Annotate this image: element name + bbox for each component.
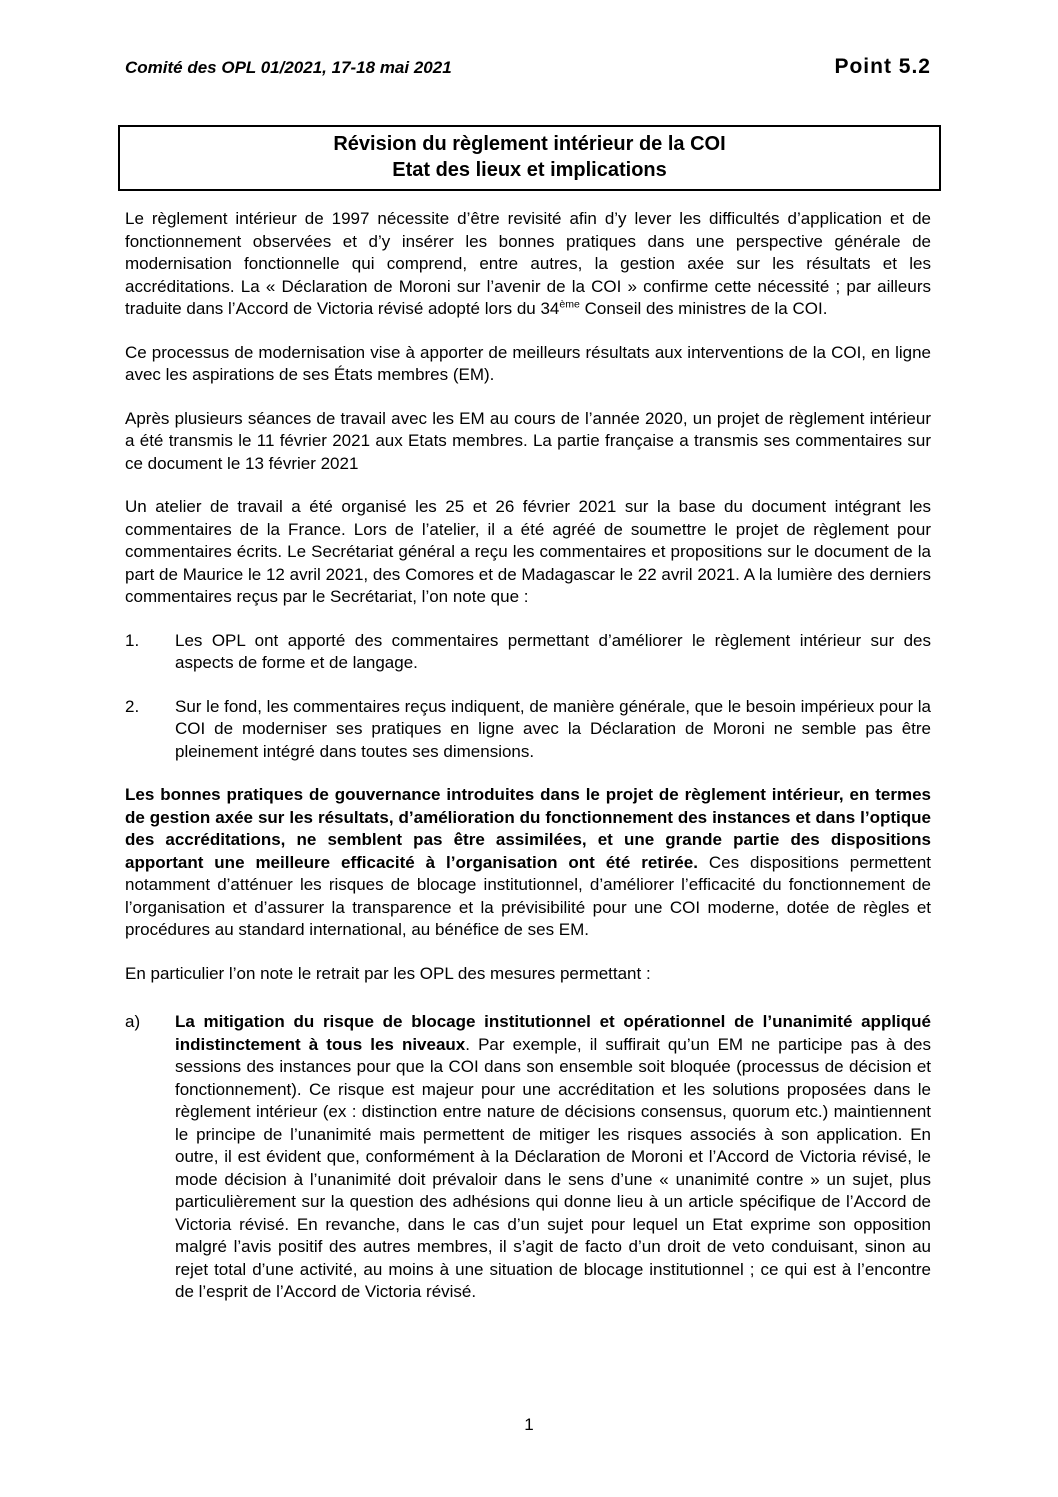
document-page: Comité des OPL 01/2021, 17-18 mai 2021 P…: [0, 0, 1058, 1497]
paragraph-en-particulier: En particulier l’on note le retrait par …: [125, 963, 931, 986]
page-header: Comité des OPL 01/2021, 17-18 mai 2021 P…: [125, 55, 931, 79]
list-item-a-text: La mitigation du risque de blocage insti…: [175, 1011, 931, 1304]
list-item-2: 2. Sur le fond, les commentaires reçus i…: [125, 696, 931, 764]
paragraph-atelier-travail: Un atelier de travail a été organisé les…: [125, 496, 931, 609]
document-title-box: Révision du règlement intérieur de la CO…: [118, 125, 941, 191]
header-agenda-point: Point 5.2: [834, 55, 931, 79]
list-marker-1: 1.: [125, 630, 175, 675]
paragraph-processus-modernisation: Ce processus de modernisation vise à app…: [125, 342, 931, 387]
paragraph-bonnes-pratiques: Les bonnes pratiques de gouvernance intr…: [125, 784, 931, 942]
document-title-line-2: Etat des lieux et implications: [130, 157, 929, 183]
list-item-a: a) La mitigation du risque de blocage in…: [125, 1011, 931, 1304]
page-content: Comité des OPL 01/2021, 17-18 mai 2021 P…: [125, 55, 931, 1325]
paragraph-reglement-1997: Le règlement intérieur de 1997 nécessite…: [125, 208, 931, 321]
list-item-2-text: Sur le fond, les commentaires reçus indi…: [175, 696, 931, 764]
list-marker-2: 2.: [125, 696, 175, 764]
list-item-1-text: Les OPL ont apporté des commentaires per…: [175, 630, 931, 675]
page-number: 1: [0, 1415, 1058, 1435]
document-title-line-1: Révision du règlement intérieur de la CO…: [130, 131, 929, 157]
list-item-1: 1. Les OPL ont apporté des commentaires …: [125, 630, 931, 675]
list-marker-a: a): [125, 1011, 175, 1304]
header-committee-reference: Comité des OPL 01/2021, 17-18 mai 2021: [125, 58, 452, 78]
paragraph-seances-travail: Après plusieurs séances de travail avec …: [125, 408, 931, 476]
document-body: Le règlement intérieur de 1997 nécessite…: [125, 208, 931, 1304]
